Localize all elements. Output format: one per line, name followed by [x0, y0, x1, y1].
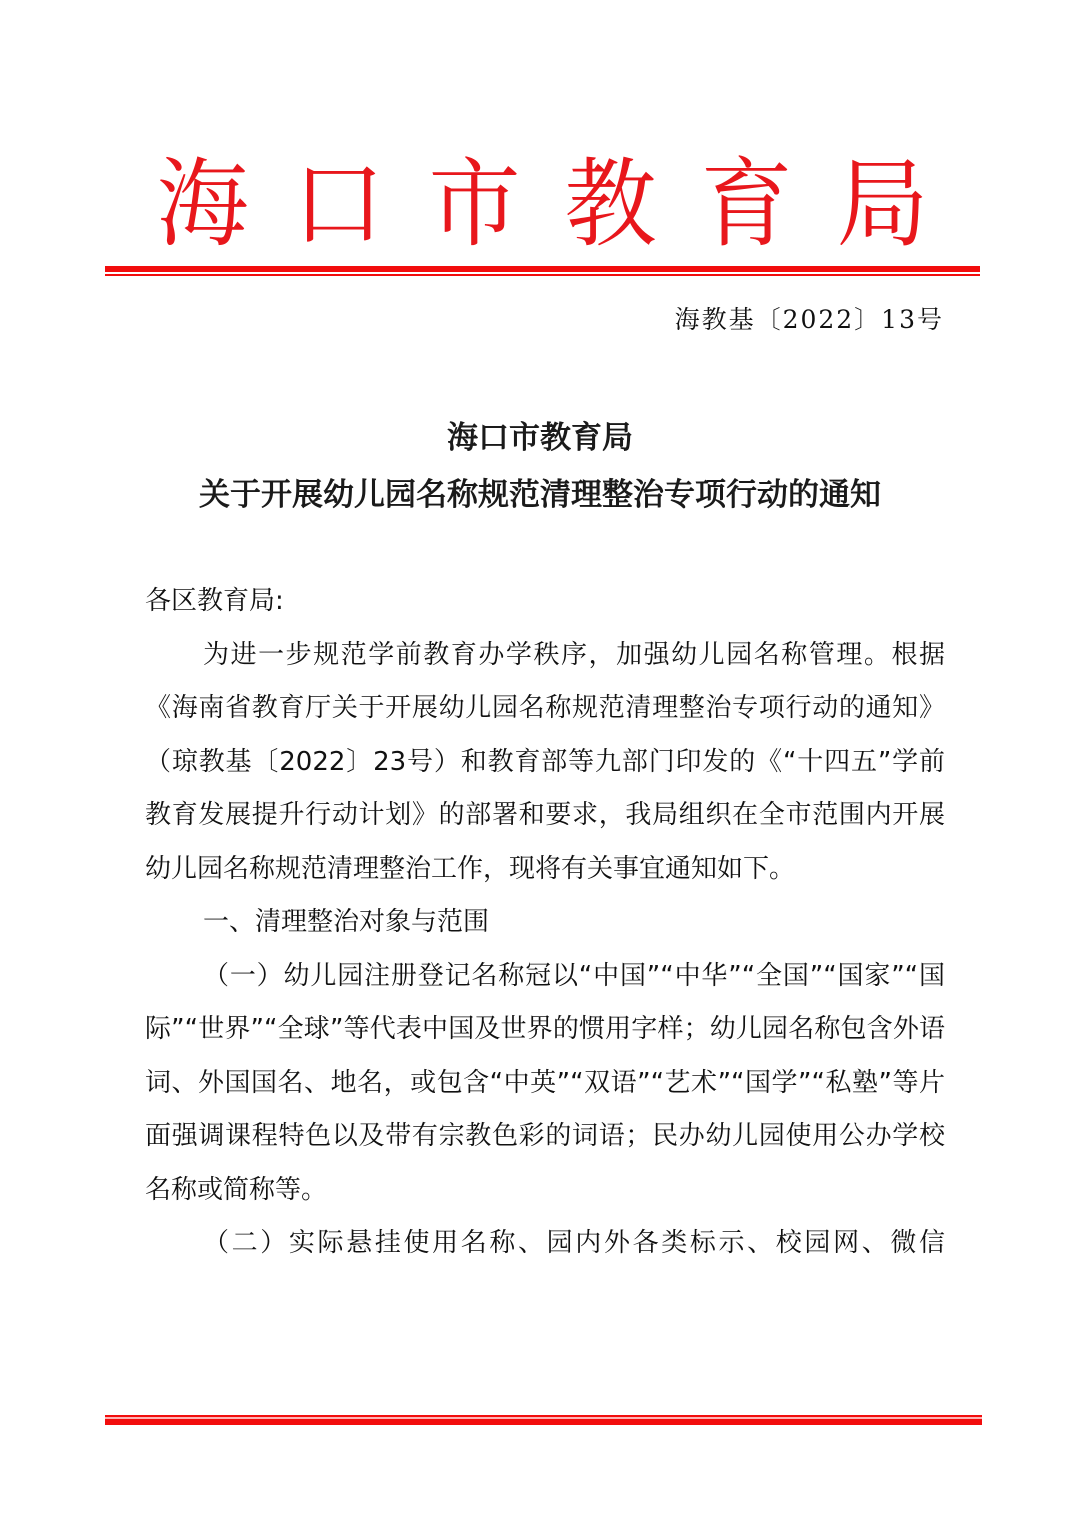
masthead: 海口市教育局 — [105, 150, 980, 260]
document-number: 海教基〔2022〕13号 — [675, 300, 944, 336]
title-subject: 关于开展幼儿园名称规范清理整治专项行动的通知 — [0, 467, 1080, 524]
body-paragraph-intro: 为进一步规范学前教育办学秩序，加强幼儿园名称管理。根据《海南省教育厅关于开展幼儿… — [145, 629, 945, 897]
footer-divider — [105, 1415, 982, 1425]
title-issuer: 海口市教育局 — [0, 410, 1080, 467]
footer-divider-thick-line — [105, 1419, 982, 1425]
divider-thin-line — [105, 274, 980, 276]
body-paragraph-item-2: （二）实际悬挂使用名称、园内外各类标示、校园网、微信 — [145, 1217, 945, 1271]
section-heading-1: 一、清理整治对象与范围 — [145, 896, 945, 950]
body-paragraph-item-1: （一）幼儿园注册登记名称冠以“中国”“中华”“全国”“国家”“国际”“世界”“全… — [145, 950, 945, 1218]
document-title: 海口市教育局 关于开展幼儿园名称规范清理整治专项行动的通知 — [0, 410, 1080, 524]
salutation: 各区教育局: — [145, 575, 945, 629]
masthead-title: 海口市教育局 — [156, 157, 972, 254]
masthead-divider — [105, 266, 980, 276]
document-body: 各区教育局: 为进一步规范学前教育办学秩序，加强幼儿园名称管理。根据《海南省教育… — [145, 575, 945, 1271]
